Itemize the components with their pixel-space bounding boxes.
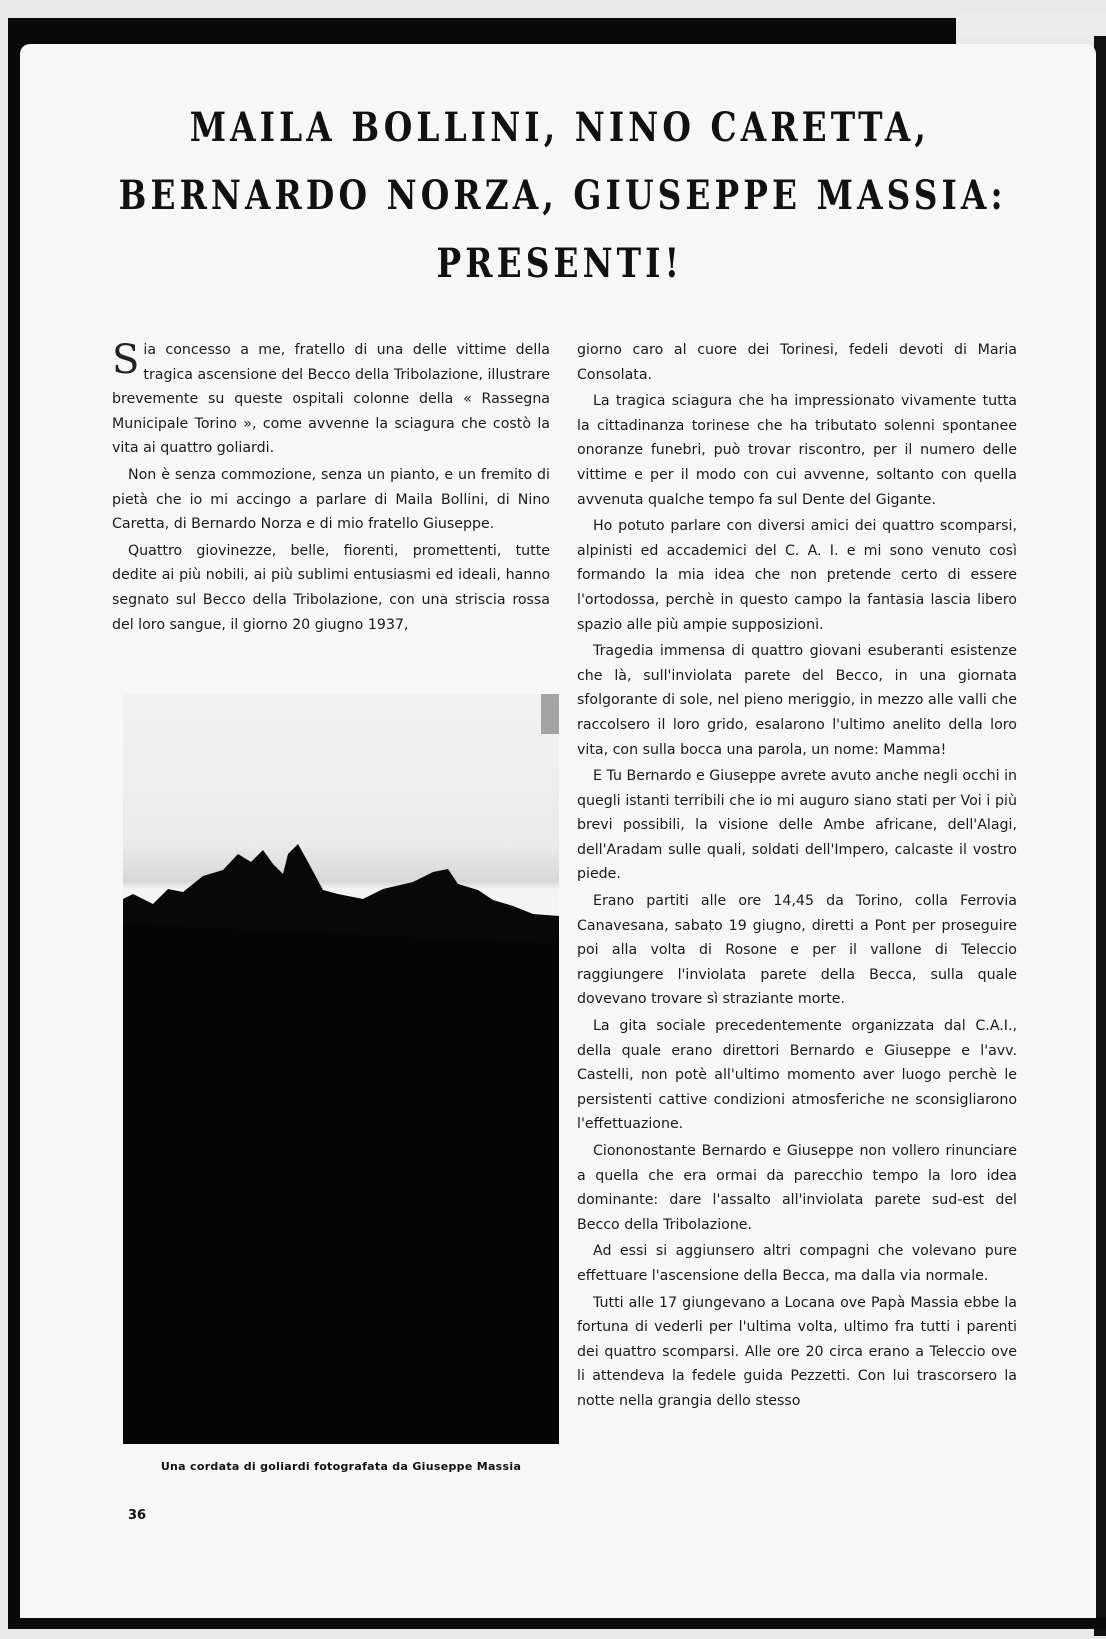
paragraph: Tragedia immensa di quattro giovani esub… bbox=[577, 639, 1017, 762]
paragraph: Erano partiti alle ore 14,45 da Torino, … bbox=[577, 889, 1017, 1012]
scan-border-bottom bbox=[8, 1617, 1106, 1629]
paragraph: Quattro giovinezze, belle, fiorenti, pro… bbox=[112, 539, 550, 637]
paragraph: giorno caro al cuore dei Torinesi, fedel… bbox=[577, 338, 1017, 387]
paragraph: E Tu Bernardo e Giuseppe avrete avuto an… bbox=[577, 764, 1017, 887]
title-line: BERNARDO NORZA, GIUSEPPE MASSIA: bbox=[119, 162, 1001, 230]
page-number: 36 bbox=[128, 1508, 146, 1523]
paragraph: Non è senza commozione, senza un pianto,… bbox=[112, 463, 550, 537]
title-line: PRESENTI! bbox=[119, 230, 1001, 298]
article-column-right: giorno caro al cuore dei Torinesi, fedel… bbox=[577, 338, 1017, 1416]
paragraph: S ia concesso a me, fratello di una dell… bbox=[112, 338, 550, 461]
scan-corner bbox=[956, 14, 1106, 38]
paragraph: Ciononostante Bernardo e Giuseppe non vo… bbox=[577, 1139, 1017, 1237]
drop-cap: S bbox=[112, 340, 139, 380]
title-line: MAILA BOLLINI, NINO CARETTA, bbox=[119, 94, 1001, 162]
paragraph: Ho potuto parlare con diversi amici dei … bbox=[577, 514, 1017, 637]
paragraph: Tutti alle 17 giungevano a Locana ove Pa… bbox=[577, 1291, 1017, 1414]
photo-caption: Una cordata di goliardi fotografata da G… bbox=[123, 1460, 559, 1473]
mountain-silhouette-icon bbox=[123, 694, 559, 1444]
mountain-photograph bbox=[123, 694, 559, 1444]
paragraph: Ad essi si aggiunsero altri compagni che… bbox=[577, 1239, 1017, 1288]
article-column-left: S ia concesso a me, fratello di una dell… bbox=[112, 338, 550, 639]
paragraph: La tragica sciagura che ha impressionato… bbox=[577, 389, 1017, 512]
article-title: MAILA BOLLINI, NINO CARETTA, BERNARDO NO… bbox=[119, 94, 1001, 298]
paragraph: La gita sociale precedentemente organizz… bbox=[577, 1014, 1017, 1137]
